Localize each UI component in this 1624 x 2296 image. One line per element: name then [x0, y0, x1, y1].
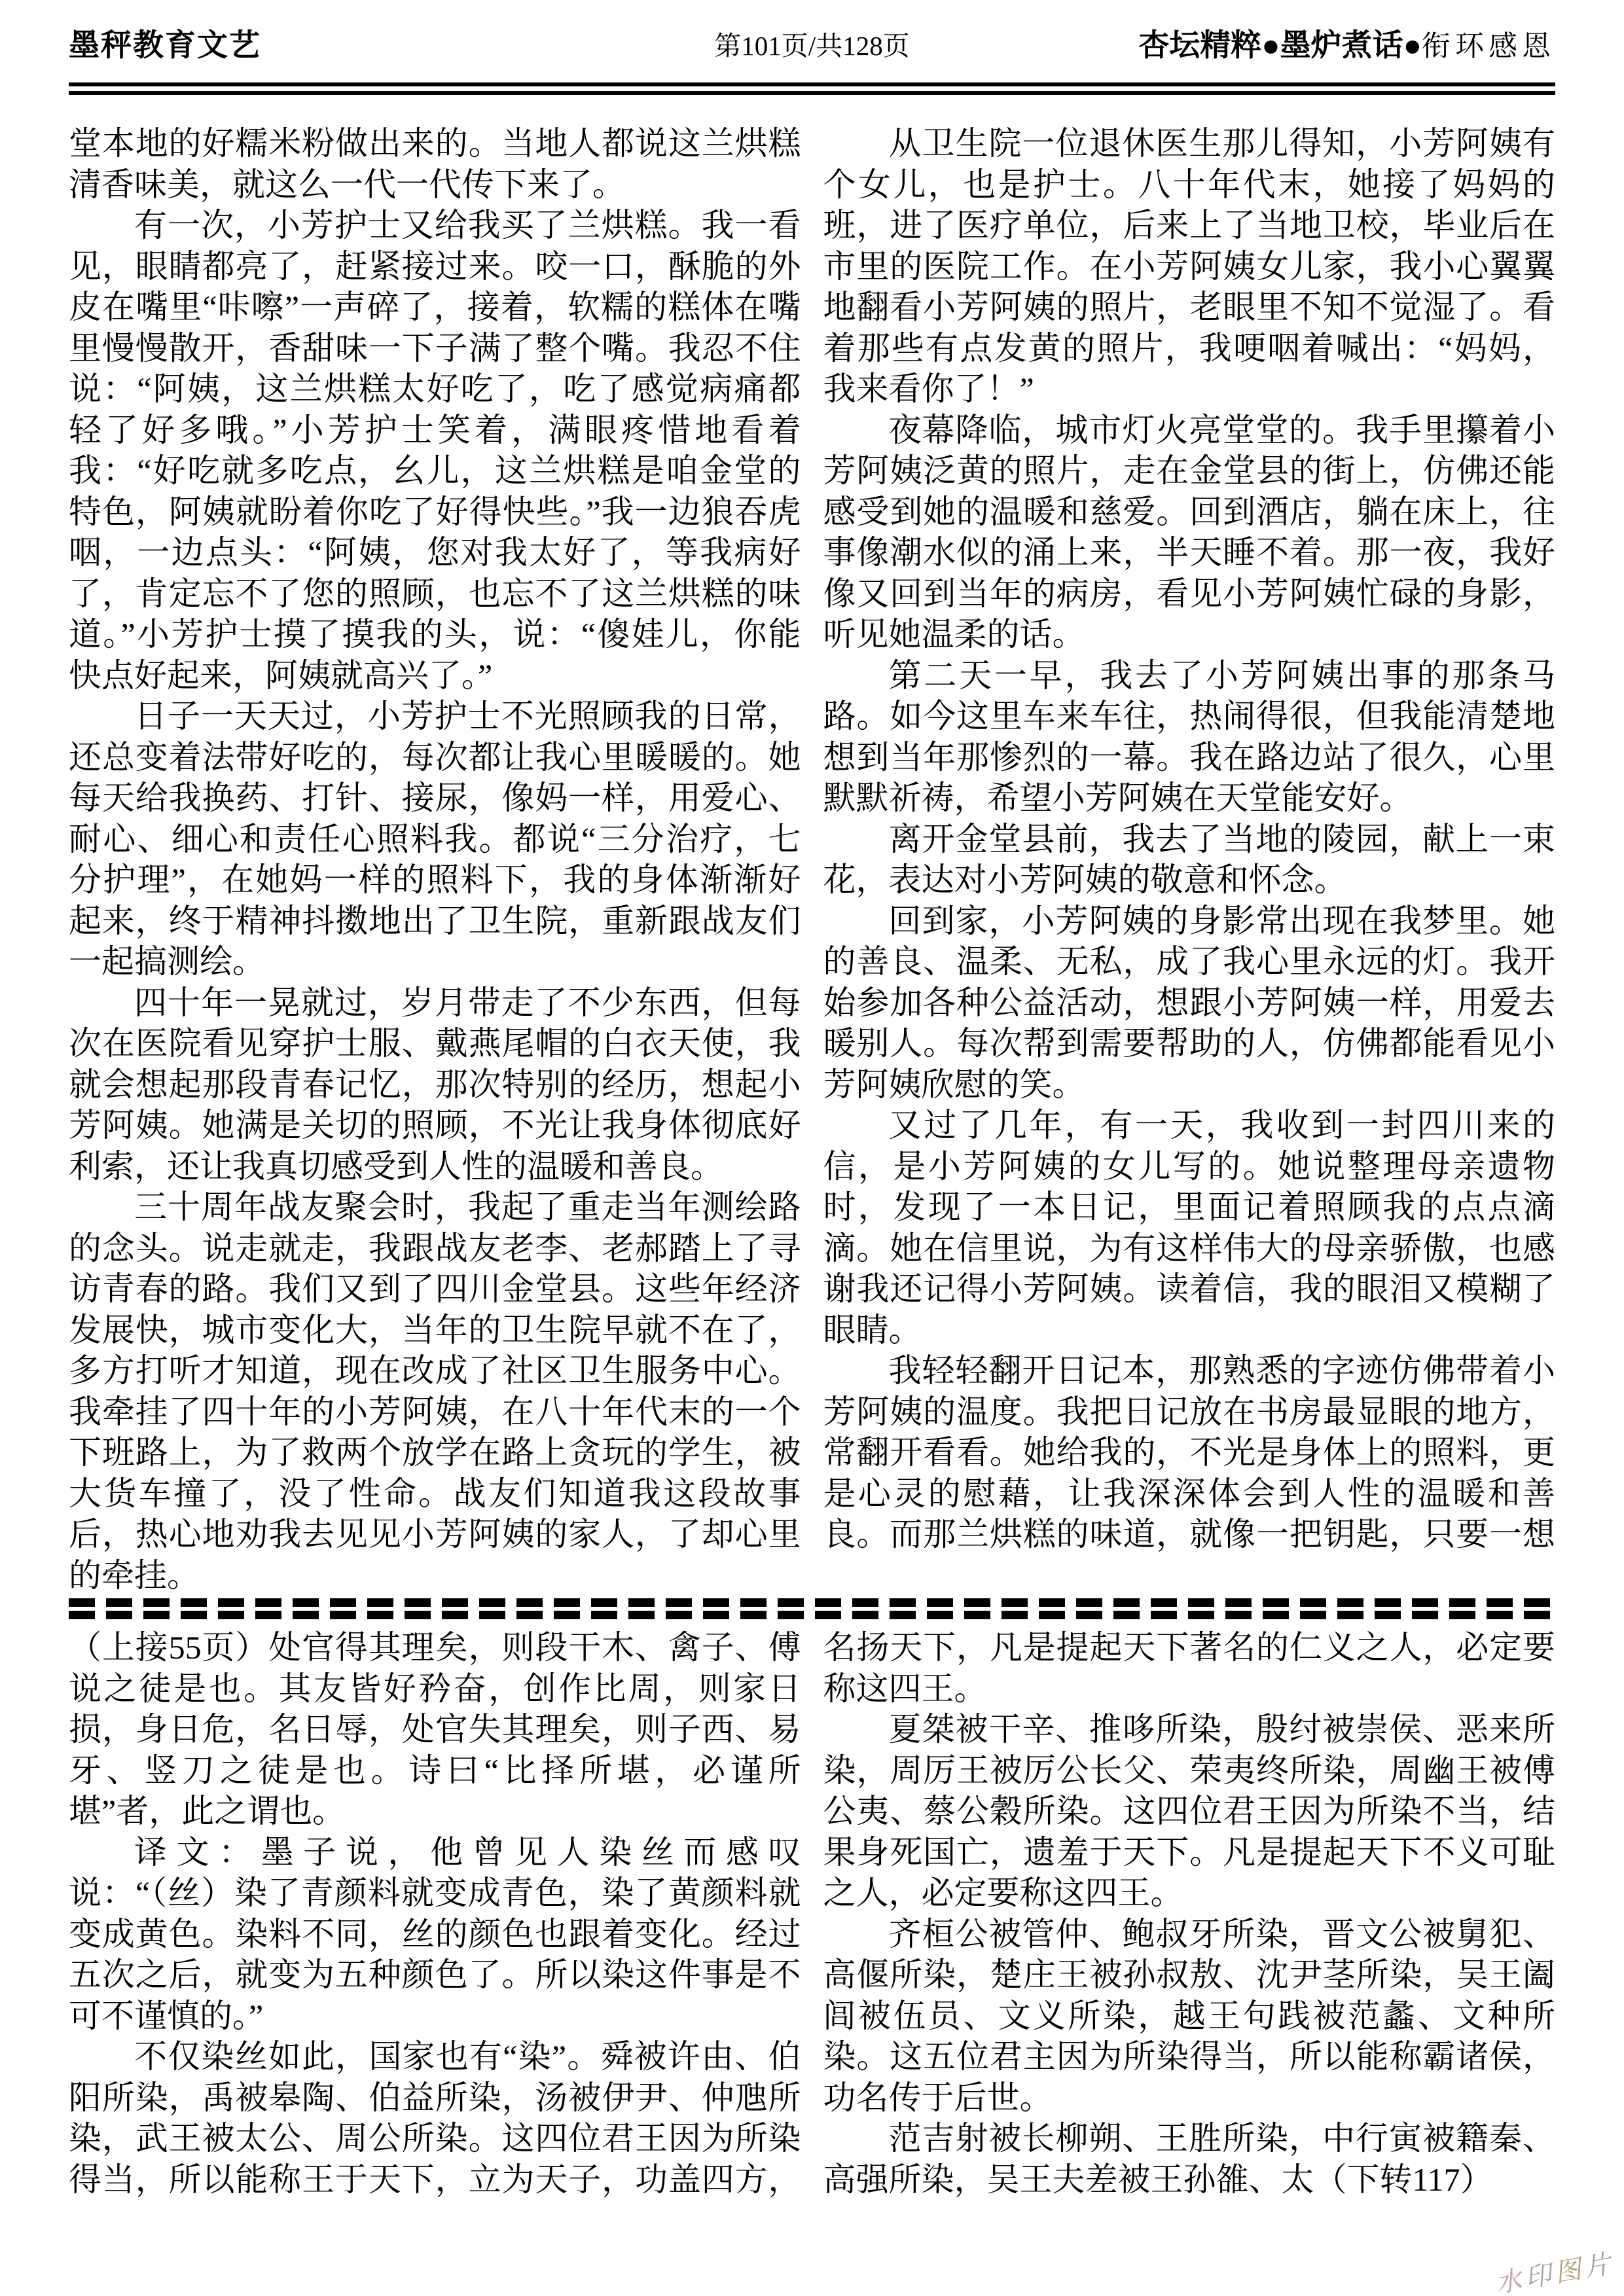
column-name: 衔环感恩: [1422, 30, 1555, 62]
header-rule: [69, 82, 1555, 95]
paragraph: 译文：墨子说，他曾见人染丝而感叹说：“（丝）染了青颜料就变成青色，染了黄颜料就变…: [69, 1832, 801, 2037]
paragraph: 堂本地的好糯米粉做出来的。当地人都说这兰烘糕清香味美，就这么一代一代传下来了。: [69, 123, 801, 205]
paragraph: 齐桓公被管仲、鲍叔牙所染，晋文公被舅犯、高偃所染，楚庄王被孙叔敖、沈尹茎所染，吴…: [823, 1914, 1556, 2119]
paragraph: 有一次，小芳护士又给我买了兰烘糕。我一看见，眼睛都亮了，赶紧接过来。咬一口，酥脆…: [69, 205, 801, 696]
section-divider: [69, 1598, 1555, 1619]
paragraph: 回到家，小芳阿姨的身影常出现在我梦里。她的善良、温柔、无私，成了我心里永远的灯。…: [823, 901, 1556, 1105]
paragraph: 四十年一晃就过，岁月带走了不少东西，但每次在医院看见穿护士服、戴燕尾帽的白衣天使…: [69, 982, 801, 1187]
divider-dash-row-bottom: [69, 1611, 1555, 1619]
paragraph: （上接55页）处官得其理矣，则段干木、禽子、傅说之徒是也。其友皆好矜奋，创作比周…: [69, 1627, 801, 1832]
publication-title: 墨秤教育文艺: [69, 21, 261, 65]
header-sections: 杏坛精粹●墨炉煮话●衔环感恩: [1138, 21, 1555, 65]
header-rule-line-top: [69, 82, 1555, 86]
section-names: 杏坛精粹●墨炉煮话●: [1138, 29, 1422, 63]
watermark: 水印图片: [1492, 2242, 1617, 2296]
watermark-char: 图: [1553, 2253, 1587, 2287]
watermark-char: 水: [1493, 2264, 1528, 2296]
paragraph: 三十周年战友聚会时，我起了重走当年测绘路的念头。说走就走，我跟战友老李、老郝踏上…: [69, 1187, 801, 1596]
paragraph: 从卫生院一位退休医生那儿得知，小芳阿姨有个女儿，也是护士。八十年代末，她接了妈妈…: [823, 123, 1556, 410]
paragraph: 范吉射被长柳朔、王胜所染，中行寅被籍秦、高强所染，吴王夫差被王孙雒、太（下转11…: [823, 2118, 1556, 2200]
paragraph: 夏桀被干辛、推哆所染，殷纣被崇侯、恶来所染，周厉王被厉公长父、荣夷终所染，周幽王…: [823, 1709, 1556, 1914]
header-rule-line-bottom: [69, 91, 1555, 95]
watermark-char: 片: [1582, 2248, 1617, 2282]
paragraph: 又过了几年，有一天，我收到一封四川来的信，是小芳阿姨的女儿写的。她说整理母亲遗物…: [823, 1105, 1556, 1350]
paragraph: 离开金堂县前，我去了当地的陵园，献上一束花，表达对小芳阿姨的敬意和怀念。: [823, 819, 1556, 901]
page-header: 墨秤教育文艺 第101页/共128页 杏坛精粹●墨炉煮话●衔环感恩: [69, 21, 1555, 62]
divider-dash-row-top: [69, 1598, 1555, 1607]
mozi-article-section: （上接55页）处官得其理矣，则段干木、禽子、傅说之徒是也。其友皆好矜奋，创作比周…: [69, 1627, 1555, 2203]
watermark-char: 印: [1523, 2259, 1557, 2293]
paragraph: 第二天一早，我去了小芳阿姨出事的那条马路。如今这里车来车往，热闹得很，但我能清楚…: [823, 655, 1556, 819]
story-section: 堂本地的好糯米粉做出来的。当地人都说这兰烘糕清香味美，就这么一代一代传下来了。有…: [69, 123, 1555, 1596]
paragraph: 夜幕降临，城市灯火亮堂堂的。我手里攥着小芳阿姨泛黄的照片，走在金堂县的街上，仿佛…: [823, 410, 1556, 655]
page-number: 第101页/共128页: [714, 24, 909, 63]
paragraph: 日子一天天过，小芳护士不光照顾我的日常，还总变着法带好吃的，每次都让我心里暖暖的…: [69, 696, 801, 982]
